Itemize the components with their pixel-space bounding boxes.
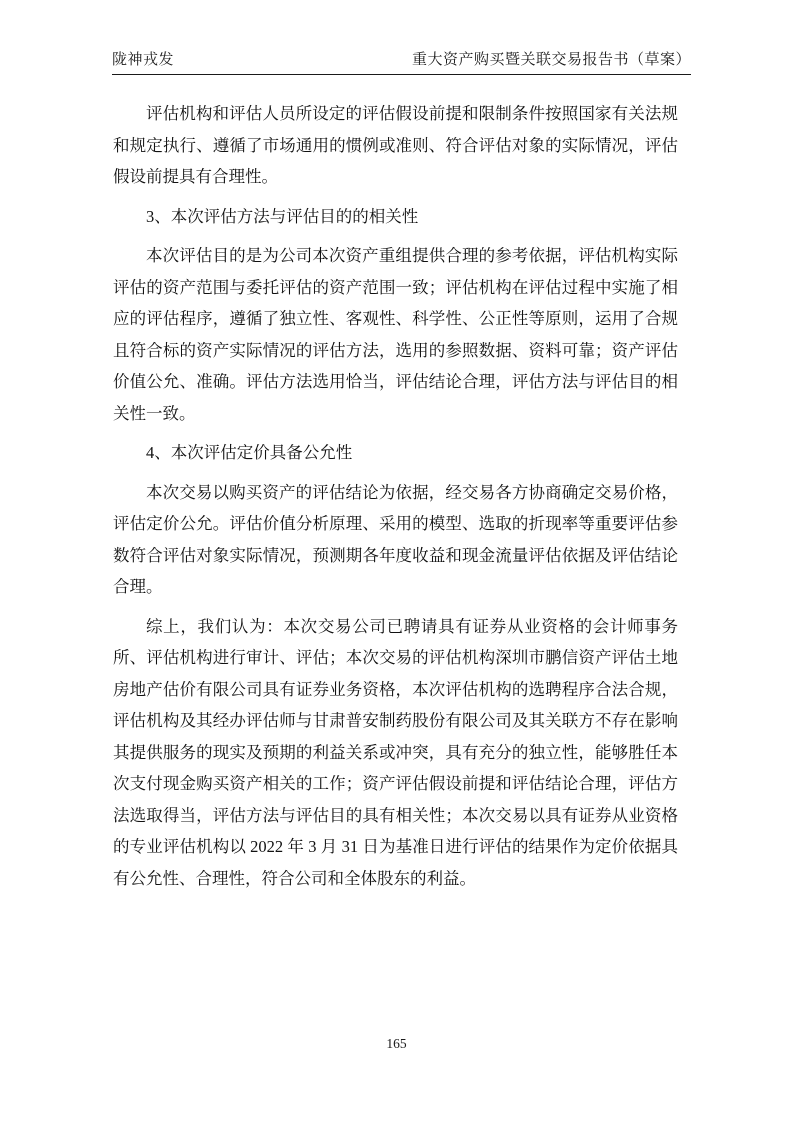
heading-section-4-pricing-fairness: 4、本次评估定价具备公允性 xyxy=(113,437,678,469)
paragraph-conclusion: 综上，我们认为：本次交易公司已聘请具有证券从业资格的会计师事务所、评估机构进行审… xyxy=(113,611,678,895)
paragraph-transaction-pricing: 本次交易以购买资产的评估结论为依据，经交易各方协商确定交易价格，评估定价公允。评… xyxy=(113,477,678,603)
page-number: 165 xyxy=(0,1036,793,1052)
document-page: 陇神戎发 重大资产购买暨关联交易报告书（草案） 评估机构和评估人员所设定的评估假… xyxy=(0,0,793,1122)
header-report-title: 重大资产购买暨关联交易报告书（草案） xyxy=(412,48,691,69)
heading-section-3-method-relevance: 3、本次评估方法与评估目的的相关性 xyxy=(113,201,678,233)
page-header: 陇神戎发 重大资产购买暨关联交易报告书（草案） xyxy=(112,48,691,75)
paragraph-evaluation-purpose: 本次评估目的是为公司本次资产重组提供合理的参考依据，评估机构实际评估的资产范围与… xyxy=(113,240,678,429)
document-body: 评估机构和评估人员所设定的评估假设前提和限制条件按照国家有关法规和规定执行、遵循… xyxy=(113,98,678,894)
paragraph-evaluation-assumptions: 评估机构和评估人员所设定的评估假设前提和限制条件按照国家有关法规和规定执行、遵循… xyxy=(113,98,678,193)
header-company-name: 陇神戎发 xyxy=(112,48,174,69)
